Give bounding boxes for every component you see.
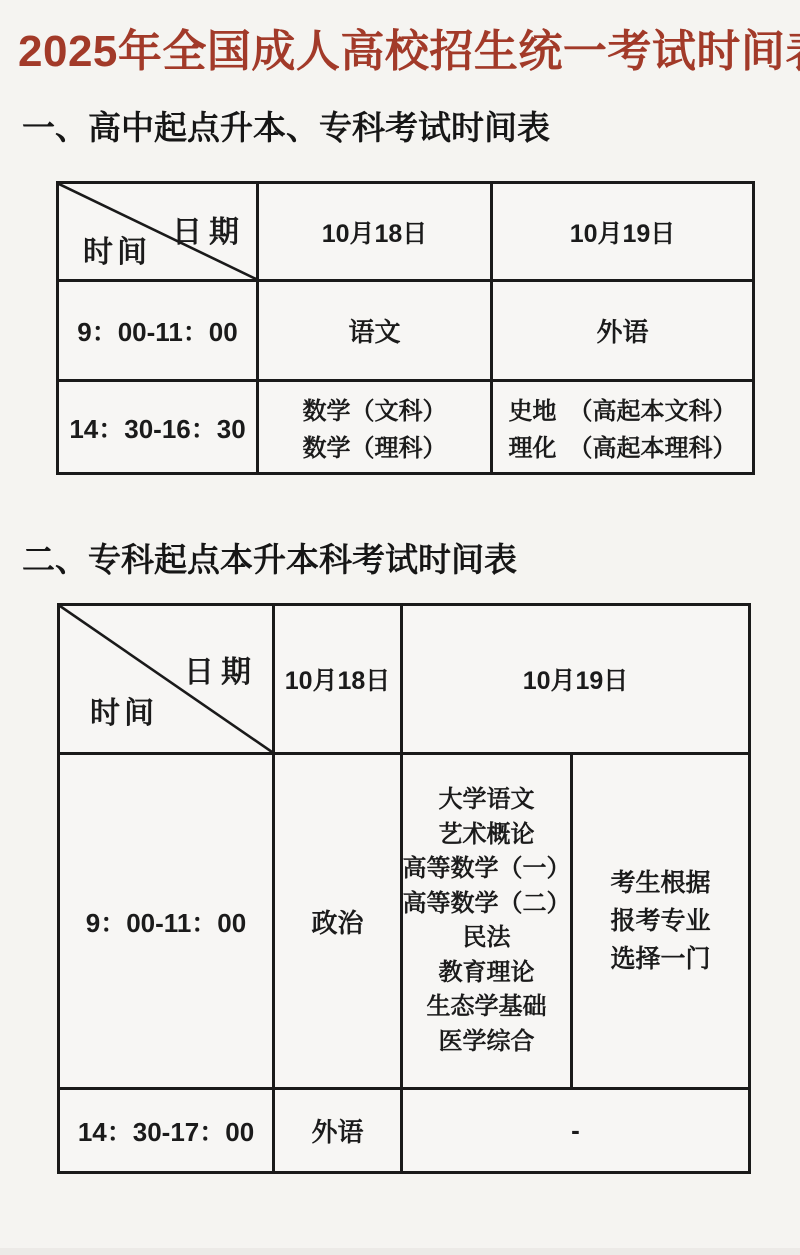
table1-row1-time: 9：00-11：00 [59, 279, 256, 379]
table2-header-oct19: 10月19日 [400, 606, 748, 752]
subject-line: 数学（理科） [303, 428, 447, 463]
table1-row1-oct19: 外语 [490, 279, 752, 379]
table2-row1-note: 考生根据 报考专业 选择一门 [570, 752, 748, 1087]
table-zhuanke-qidian: 日期 时间 10月18日 10月19日 9：00-11：00 政治 大学语文 艺… [57, 603, 751, 1174]
table2-row2-oct19-dash: - [400, 1087, 748, 1171]
table2-corner-cell: 日期 时间 [60, 606, 272, 752]
subject-line: 大学语文 [439, 783, 535, 818]
note-line: 选择一门 [610, 940, 710, 978]
table1-row2-oct19: 史地 （高起本文科） 理化 （高起本理科） [490, 379, 752, 472]
subject-line: 生态学基础 [427, 990, 547, 1025]
table2-row1-subjects: 大学语文 艺术概论 高等数学（一） 高等数学（二） 民法 教育理论 生态学基础 … [400, 752, 570, 1087]
subject-line: 高等数学（一） [403, 852, 571, 887]
corner-date-label: 日期 [172, 207, 246, 251]
table2-row2-oct18: 外语 [272, 1087, 400, 1171]
table1-header-oct19: 10月19日 [490, 184, 752, 279]
section1-heading: 一、高中起点升本、专科考试时间表 [22, 106, 762, 150]
table2-header-oct18: 10月18日 [272, 606, 400, 752]
table2-row1-time: 9：00-11：00 [60, 752, 272, 1087]
section2-heading: 二、专科起点本升本科考试时间表 [22, 538, 762, 582]
table2-row1-oct18: 政治 [272, 752, 400, 1087]
subject-line: 艺术概论 [439, 818, 535, 853]
corner-time-label: 时间 [83, 227, 151, 271]
table1-corner-cell: 日期 时间 [59, 184, 256, 279]
subject-line: 数学（文科） [303, 391, 447, 426]
table1-row1-oct18: 语文 [256, 279, 490, 379]
exam-timetable-page: 2025年全国成人高校招生统一考试时间表 一、高中起点升本、专科考试时间表 日期… [0, 0, 800, 1255]
bottom-edge-strip [0, 1248, 800, 1255]
corner-date-label: 日期 [184, 647, 258, 691]
subject-line: 民法 [463, 921, 511, 956]
corner-time-label: 时间 [90, 688, 158, 732]
note-line: 考生根据 [610, 864, 710, 902]
table2-row2-time: 14：30-17：00 [60, 1087, 272, 1171]
table-gaozhong-qidian: 日期 时间 10月18日 10月19日 9：00-11：00 语文 外语 14：… [56, 181, 755, 475]
subject-line: 医学综合 [439, 1025, 535, 1060]
subject-line: 史地 （高起本文科） [509, 391, 737, 426]
subject-line: 理化 （高起本理科） [509, 428, 737, 463]
page-title: 2025年全国成人高校招生统一考试时间表 [18, 24, 790, 80]
note-line: 报考专业 [610, 902, 710, 940]
subject-line: 教育理论 [439, 956, 535, 991]
table1-row2-oct18: 数学（文科） 数学（理科） [256, 379, 490, 472]
subject-line: 高等数学（二） [403, 887, 571, 922]
table1-header-oct18: 10月18日 [256, 184, 490, 279]
table1-row2-time: 14：30-16：30 [59, 379, 256, 472]
